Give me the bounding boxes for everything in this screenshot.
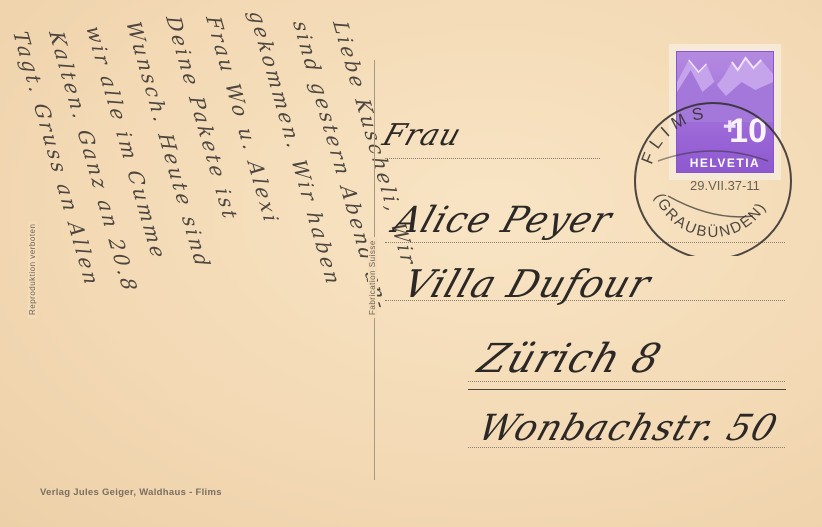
address-underline: [468, 389, 786, 390]
address-rule: [385, 158, 600, 159]
address-street: Wonbachstr. 50: [473, 408, 782, 449]
postmark-cancel: FLIMS (GRAUBÜNDEN) 29.VII.37-11: [628, 86, 798, 256]
address-city: Zürich 8: [473, 336, 668, 382]
address-name: Alice Peyer: [388, 200, 617, 241]
fabrication-notice: Fabrication Suisse: [368, 237, 377, 318]
postmark-date: 29.VII.37-11: [690, 178, 760, 193]
postcard: Liebe Kuscheli, Wir sind gestern Abend a…: [0, 0, 822, 527]
publisher-imprint: Verlag Jules Geiger, Waldhaus - Flims: [40, 487, 222, 498]
reproduction-notice: Reproduktion verboten: [28, 221, 37, 318]
address-house: Villa Dufour: [398, 262, 657, 306]
address-salutation: Frau: [378, 118, 466, 153]
